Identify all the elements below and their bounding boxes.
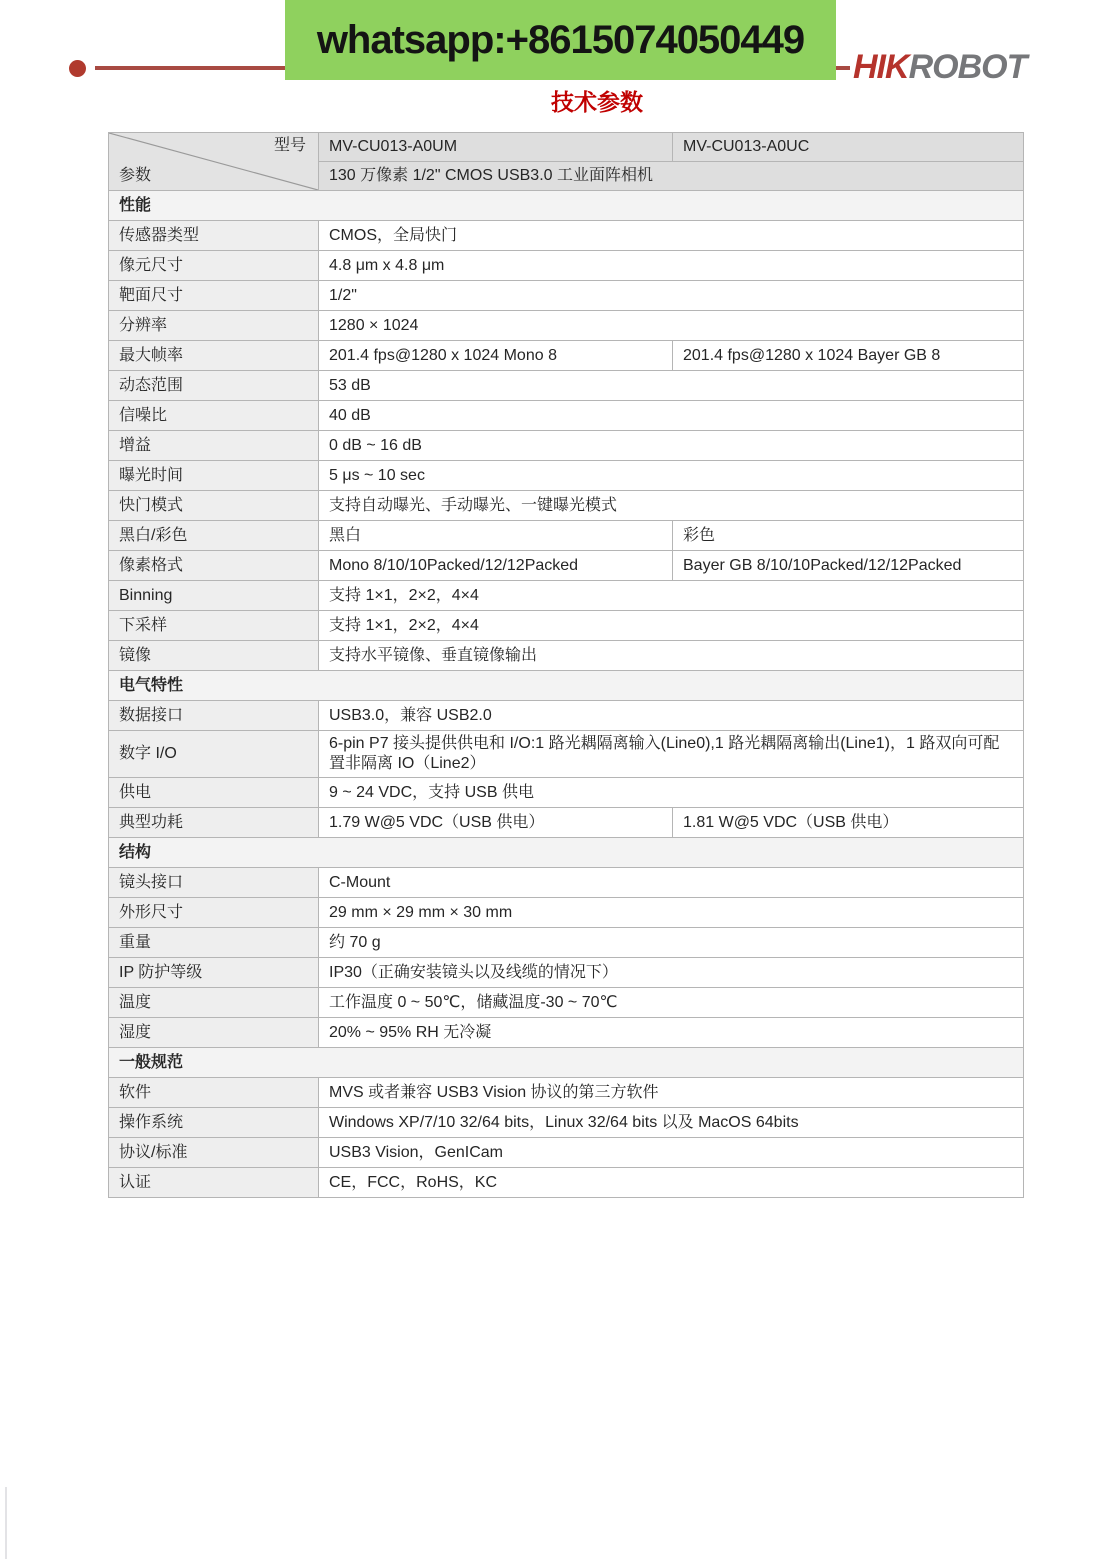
spec-table-container: 型号 参数 MV-CU013-A0UM MV-CU013-A0UC 130 万像… <box>108 132 1023 1198</box>
series-description-cell: 130 万像素 1/2" CMOS USB3.0 工业面阵相机 <box>319 162 1024 191</box>
spec-value: 201.4 fps@1280 x 1024 Mono 8 <box>319 341 673 371</box>
spec-value: 工作温度 0 ~ 50℃，储藏温度-30 ~ 70℃ <box>319 988 1024 1018</box>
whatsapp-contact-text: whatsapp:+8615074050449 <box>317 18 804 63</box>
spec-value: 6-pin P7 接头提供供电和 I/O:1 路光耦隔离输入(Line0),1 … <box>319 731 1024 778</box>
section-header-row: 电气特性 <box>109 671 1024 701</box>
model-name-cell: MV-CU013-A0UC <box>673 133 1024 162</box>
spec-sheet-page: whatsapp:+8615074050449 HIKROBOT 技术参数 型号… <box>0 0 1102 1559</box>
logo-hik-text: HIK <box>853 48 909 86</box>
spec-label: 信噪比 <box>109 401 319 431</box>
whatsapp-banner: whatsapp:+8615074050449 <box>285 0 836 80</box>
spec-row: 下采样支持 1×1，2×2，4×4 <box>109 611 1024 641</box>
spec-row: 像素格式Mono 8/10/10Packed/12/12PackedBayer … <box>109 551 1024 581</box>
spec-row: 曝光时间5 μs ~ 10 sec <box>109 461 1024 491</box>
spec-label: 数字 I/O <box>109 731 319 778</box>
spec-label: 典型功耗 <box>109 808 319 838</box>
spec-row: 操作系统Windows XP/7/10 32/64 bits，Linux 32/… <box>109 1108 1024 1138</box>
spec-label: 供电 <box>109 778 319 808</box>
spec-row: 动态范围53 dB <box>109 371 1024 401</box>
section-title-1: 电气特性 <box>109 671 1024 701</box>
spec-row: 镜像支持水平镜像、垂直镜像输出 <box>109 641 1024 671</box>
spec-value: Mono 8/10/10Packed/12/12Packed <box>319 551 673 581</box>
spec-value: 29 mm × 29 mm × 30 mm <box>319 898 1024 928</box>
spec-row: 增益0 dB ~ 16 dB <box>109 431 1024 461</box>
red-bullet-dot <box>69 60 86 77</box>
spec-value: 9 ~ 24 VDC，支持 USB 供电 <box>319 778 1024 808</box>
spec-value: 彩色 <box>673 521 1024 551</box>
spec-label: 重量 <box>109 928 319 958</box>
spec-label: 最大帧率 <box>109 341 319 371</box>
spec-row: 外形尺寸29 mm × 29 mm × 30 mm <box>109 898 1024 928</box>
section-title-0: 性能 <box>109 191 1024 221</box>
spec-label: 协议/标准 <box>109 1138 319 1168</box>
spec-value: 支持 1×1，2×2，4×4 <box>319 581 1024 611</box>
spec-row: 温度工作温度 0 ~ 50℃，储藏温度-30 ~ 70℃ <box>109 988 1024 1018</box>
spec-row: 典型功耗1.79 W@5 VDC（USB 供电）1.81 W@5 VDC（USB… <box>109 808 1024 838</box>
spec-value: 0 dB ~ 16 dB <box>319 431 1024 461</box>
spec-label: 增益 <box>109 431 319 461</box>
section-header-row: 结构 <box>109 838 1024 868</box>
spec-value: USB3 Vision，GenICam <box>319 1138 1024 1168</box>
spec-value: 40 dB <box>319 401 1024 431</box>
spec-label: 像元尺寸 <box>109 251 319 281</box>
spec-label: 认证 <box>109 1168 319 1198</box>
spec-row: 黑白/彩色黑白彩色 <box>109 521 1024 551</box>
corner-label-model: 型号 <box>274 136 306 156</box>
spec-row: 供电9 ~ 24 VDC，支持 USB 供电 <box>109 778 1024 808</box>
spec-value: 1.79 W@5 VDC（USB 供电） <box>319 808 673 838</box>
spec-row: 像元尺寸4.8 μm x 4.8 μm <box>109 251 1024 281</box>
spec-row: 认证CE，FCC，RoHS，KC <box>109 1168 1024 1198</box>
spec-value: 1/2" <box>319 281 1024 311</box>
corner-label-parameter: 参数 <box>119 166 151 186</box>
section-header-row: 性能 <box>109 191 1024 221</box>
corner-cell: 型号 参数 <box>109 133 319 191</box>
spec-label: 数据接口 <box>109 701 319 731</box>
spec-row: 靶面尺寸1/2" <box>109 281 1024 311</box>
model-name-cell: MV-CU013-A0UM <box>319 133 673 162</box>
spec-row: IP 防护等级IP30（正确安装镜头以及线缆的情况下） <box>109 958 1024 988</box>
spec-value: MVS 或者兼容 USB3 Vision 协议的第三方软件 <box>319 1078 1024 1108</box>
spec-row: 分辨率1280 × 1024 <box>109 311 1024 341</box>
spec-label: 快门模式 <box>109 491 319 521</box>
spec-value: 黑白 <box>319 521 673 551</box>
spec-value: 201.4 fps@1280 x 1024 Bayer GB 8 <box>673 341 1024 371</box>
spec-value: 53 dB <box>319 371 1024 401</box>
model-header-row: 型号 参数 MV-CU013-A0UM MV-CU013-A0UC <box>109 133 1024 162</box>
section-header-row: 一般规范 <box>109 1048 1024 1078</box>
spec-label: 像素格式 <box>109 551 319 581</box>
spec-value: 支持自动曝光、手动曝光、一键曝光模式 <box>319 491 1024 521</box>
spec-row: 数字 I/O6-pin P7 接头提供供电和 I/O:1 路光耦隔离输入(Lin… <box>109 731 1024 778</box>
spec-value: C-Mount <box>319 868 1024 898</box>
spec-value: 1.81 W@5 VDC（USB 供电） <box>673 808 1024 838</box>
spec-row: 协议/标准USB3 Vision，GenICam <box>109 1138 1024 1168</box>
spec-label: 温度 <box>109 988 319 1018</box>
spec-label: 靶面尺寸 <box>109 281 319 311</box>
spec-value: 支持 1×1，2×2，4×4 <box>319 611 1024 641</box>
spec-table-body: 型号 参数 MV-CU013-A0UM MV-CU013-A0UC 130 万像… <box>109 133 1024 1198</box>
spec-row: 最大帧率201.4 fps@1280 x 1024 Mono 8201.4 fp… <box>109 341 1024 371</box>
spec-value: 5 μs ~ 10 sec <box>319 461 1024 491</box>
spec-label: 黑白/彩色 <box>109 521 319 551</box>
spec-label: Binning <box>109 581 319 611</box>
spec-label: 动态范围 <box>109 371 319 401</box>
spec-label: 分辨率 <box>109 311 319 341</box>
spec-label: 镜像 <box>109 641 319 671</box>
spec-label: 镜头接口 <box>109 868 319 898</box>
spec-row: Binning支持 1×1，2×2，4×4 <box>109 581 1024 611</box>
spec-label: 传感器类型 <box>109 221 319 251</box>
spec-value: CE，FCC，RoHS，KC <box>319 1168 1024 1198</box>
section-title-3: 一般规范 <box>109 1048 1024 1078</box>
spec-table: 型号 参数 MV-CU013-A0UM MV-CU013-A0UC 130 万像… <box>108 132 1024 1198</box>
spec-label: 软件 <box>109 1078 319 1108</box>
logo-robot-text: ROBOT <box>909 48 1027 86</box>
spec-row: 镜头接口C-Mount <box>109 868 1024 898</box>
page-edge-artifact <box>5 1487 7 1559</box>
spec-row: 快门模式支持自动曝光、手动曝光、一键曝光模式 <box>109 491 1024 521</box>
section-title-2: 结构 <box>109 838 1024 868</box>
spec-label: 下采样 <box>109 611 319 641</box>
spec-row: 信噪比40 dB <box>109 401 1024 431</box>
spec-value: 4.8 μm x 4.8 μm <box>319 251 1024 281</box>
spec-value: Bayer GB 8/10/10Packed/12/12Packed <box>673 551 1024 581</box>
spec-value: IP30（正确安装镜头以及线缆的情况下） <box>319 958 1024 988</box>
spec-label: 外形尺寸 <box>109 898 319 928</box>
spec-value: 1280 × 1024 <box>319 311 1024 341</box>
spec-row: 数据接口USB3.0，兼容 USB2.0 <box>109 701 1024 731</box>
spec-value: 20% ~ 95% RH 无冷凝 <box>319 1018 1024 1048</box>
spec-value: 支持水平镜像、垂直镜像输出 <box>319 641 1024 671</box>
spec-value: Windows XP/7/10 32/64 bits，Linux 32/64 b… <box>319 1108 1024 1138</box>
spec-value: CMOS，全局快门 <box>319 221 1024 251</box>
spec-value: 约 70 g <box>319 928 1024 958</box>
spec-row: 软件MVS 或者兼容 USB3 Vision 协议的第三方软件 <box>109 1078 1024 1108</box>
spec-label: 曝光时间 <box>109 461 319 491</box>
spec-row: 湿度20% ~ 95% RH 无冷凝 <box>109 1018 1024 1048</box>
spec-value: USB3.0，兼容 USB2.0 <box>319 701 1024 731</box>
spec-row: 传感器类型CMOS，全局快门 <box>109 221 1024 251</box>
spec-label: 湿度 <box>109 1018 319 1048</box>
spec-label: IP 防护等级 <box>109 958 319 988</box>
hikrobot-logo: HIKROBOT <box>853 48 1026 87</box>
page-title: 技术参数 <box>551 84 643 117</box>
spec-row: 重量约 70 g <box>109 928 1024 958</box>
spec-label: 操作系统 <box>109 1108 319 1138</box>
